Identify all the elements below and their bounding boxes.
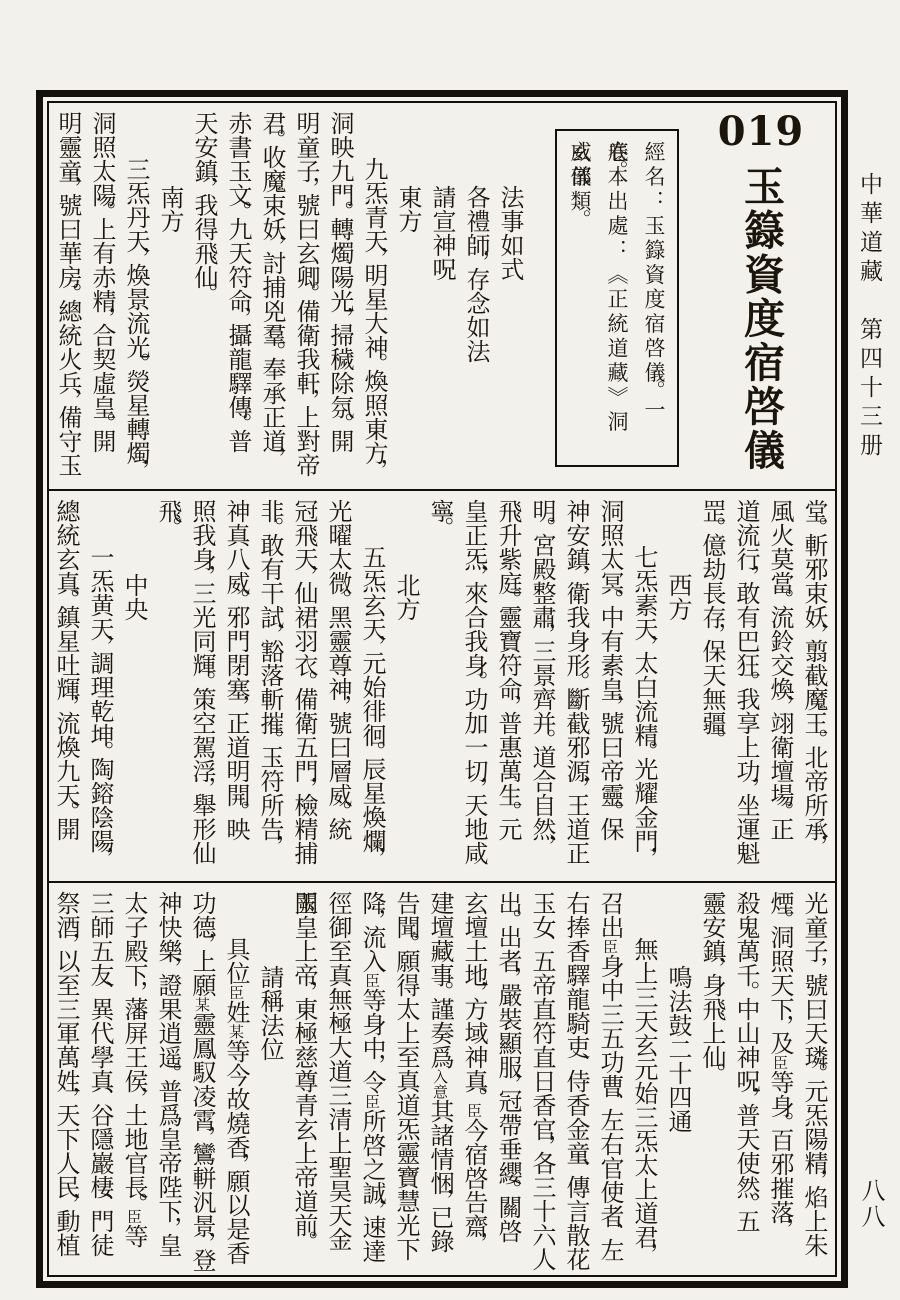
text-column: 請稱法位 bbox=[253, 887, 287, 1273]
text-column: 三師五友、異代學真、谷隱巖棲、門徒 bbox=[83, 887, 117, 1273]
text-column: 洞照太冥。中有素皇，號曰帝靈。保 bbox=[593, 495, 627, 879]
text-column: 三炁丹天，煥景流光。熒星轉燭， bbox=[119, 107, 153, 487]
text-column: 底本出處：《正統道藏》洞玄部 bbox=[598, 139, 635, 457]
text-column: 祭酒，以至三軍萬姓，天下人民，動植 bbox=[49, 887, 83, 1273]
text-column: 請宣神呪 bbox=[425, 107, 459, 487]
colophon-box-area: 經名：玉籙資度宿啓儀。一卷。底本出處：《正統道藏》洞玄部威儀類。 bbox=[527, 107, 679, 487]
volume-label: 中華道藏 第四十三册 bbox=[854, 172, 884, 462]
small-annotation-char: 臣 bbox=[363, 973, 381, 988]
text-column: 五炁玄天，元始徘徊。辰星煥爛， bbox=[355, 495, 389, 879]
text-column: 玄壇土地，方域神真。臣今宿啓告齋， bbox=[457, 887, 491, 1273]
text-column: 法事如式 bbox=[493, 107, 527, 487]
text-column: 太子殿下，藩屏王侯，土地官長。臣等 bbox=[117, 887, 151, 1273]
text-column: 玉皇上帝，東極慈尊青玄上帝道前。 bbox=[287, 887, 321, 1273]
serial-number: 019 bbox=[691, 109, 831, 155]
small-annotation-char: 臣 bbox=[465, 1103, 483, 1118]
text-column: 召出臣身中三五功曹、左右官使者、左 bbox=[593, 887, 627, 1273]
text-column: 神快樂，證果逍遥。普爲皇帝陛下，皇 bbox=[151, 887, 185, 1273]
text-column: 神安鎮，衛我身形。斷截邪源，王道正 bbox=[559, 495, 593, 879]
text-column: 冠飛天，仙裙羽衣。備衛五門，檢精捕 bbox=[287, 495, 321, 879]
text-column: 非。敢有干試，豁落斬摧。玉符所告， bbox=[253, 495, 287, 879]
text-column: 具位臣姓某等今故燒香，願以是香 bbox=[219, 887, 253, 1273]
small-annotation-char: 某 bbox=[227, 1024, 245, 1039]
page-number-label: 八八 bbox=[856, 1178, 886, 1230]
text-column: 告聞。願得太上至真道炁靈寶慧光下 bbox=[389, 887, 423, 1273]
text-column: 明童子，號曰玄卿。備衛我軒，上對帝 bbox=[289, 107, 323, 487]
small-annotation-char: 入意 bbox=[431, 1069, 449, 1099]
text-column: 徑御至真無極大道三清上聖昊天金闕 bbox=[321, 887, 355, 1273]
text-column: 南方 bbox=[153, 107, 187, 487]
text-column: 煙。洞照天下，及臣等身。百邪摧落， bbox=[763, 887, 797, 1273]
small-annotation-char: 臣 bbox=[125, 1209, 143, 1224]
content-frame: 019 玉籙資度宿啓儀 經名：玉籙資度宿啓儀。一卷。底本出處：《正統道藏》洞玄部… bbox=[36, 90, 848, 1288]
text-column: 無上三天玄元始三炁太上道君， bbox=[627, 887, 661, 1273]
text-column: 堂。斬邪束妖，翦截魔王。北帝所承， bbox=[797, 495, 831, 879]
text-column: 中央 bbox=[117, 495, 151, 879]
text-column: 君。收魔束妖，討捕兇羣。奉承正道， bbox=[255, 107, 289, 487]
inner-frame: 019 玉籙資度宿啓儀 經名：玉籙資度宿啓儀。一卷。底本出處：《正統道藏》洞玄部… bbox=[47, 101, 837, 1277]
text-column: 神真八威。邪門閉塞，正道明開。映 bbox=[219, 495, 253, 879]
text-column: 洞照太陽。上有赤精，合契虛皇。開 bbox=[85, 107, 119, 487]
text-column: 出。出者，嚴裝顯服，冠帶垂纓。關啓 bbox=[491, 887, 525, 1273]
text-column: 東方 bbox=[391, 107, 425, 487]
colophon-box: 經名：玉籙資度宿啓儀。一卷。底本出處：《正統道藏》洞玄部威儀類。 bbox=[555, 129, 679, 467]
text-column: 赤書玉文。九天符命，攝龍驛傳。普 bbox=[221, 107, 255, 487]
title-block: 019 玉籙資度宿啓儀 bbox=[691, 107, 831, 487]
text-column: 威儀類。 bbox=[561, 139, 598, 457]
text-column: 光曜太微。黑靈尊神，號曰層威。統 bbox=[321, 495, 355, 879]
section-middle: 堂。斬邪束妖，翦截魔王。北帝所承，風火莫當。流鈴交煥，翊衛壇場。正道流行，敢有巴… bbox=[49, 491, 835, 881]
section-bottom: 光童子，號曰天璘。元炁陽精，焰上朱煙。洞照天下，及臣等身。百邪摧落，殺鬼萬千。中… bbox=[49, 883, 835, 1275]
small-annotation-char: 臣 bbox=[363, 1094, 381, 1109]
text-column: 玉女、五帝直符直日香官，各三十六人 bbox=[525, 887, 559, 1273]
text-column: 西方 bbox=[661, 495, 695, 879]
text-column: 靈安鎮，身飛上仙。 bbox=[695, 887, 729, 1273]
text-column: 降，流入臣等身中，令臣所啓之誠，速達 bbox=[355, 887, 389, 1273]
text-column: 皇正炁，來合我身。功加一切，天地咸 bbox=[457, 495, 491, 879]
text-column: 光童子，號曰天璘。元炁陽精，焰上朱 bbox=[797, 887, 831, 1273]
text-column: 鳴法鼓二十四通 bbox=[661, 887, 695, 1273]
text-column: 寧。 bbox=[423, 495, 457, 879]
scanned-book-page: 中華道藏 第四十三册 八八 019 玉籙資度宿啓儀 經名：玉籙資度宿啓儀。一卷。… bbox=[0, 0, 900, 1300]
small-annotation-char: 臣 bbox=[601, 939, 619, 954]
text-column: 建壇藏事。謹奏爲入意其諸情悃，已錄 bbox=[423, 887, 457, 1273]
text-column: 道流行，敢有巴狂。我享上功，坐運魁 bbox=[729, 495, 763, 879]
text-column: 各禮師，存念如法 bbox=[459, 107, 493, 487]
text-column: 罡。億劫長存，保天無疆。 bbox=[695, 495, 729, 879]
text-column: 飛升紫庭。靈寶符命，普惠萬生。元 bbox=[491, 495, 525, 879]
text-column: 照我身，三光同輝。策空駕浮，舉形仙 bbox=[185, 495, 219, 879]
text-column: 飛。 bbox=[151, 495, 185, 879]
small-annotation-char: 臣 bbox=[771, 1055, 789, 1070]
text-column: 經名：玉籙資度宿啓儀。一卷。 bbox=[635, 139, 672, 457]
text-column: 明。宮殿整肅，三景齊并。道合自然， bbox=[525, 495, 559, 879]
text-column: 一炁黄天，調理乾坤。陶鎔陰陽， bbox=[83, 495, 117, 879]
text-column: 北方 bbox=[389, 495, 423, 879]
text-column: 總統玄真。鎮星吐輝，流煥九天。開 bbox=[49, 495, 83, 879]
small-annotation-char: 臣 bbox=[227, 985, 245, 1000]
text-column: 風火莫當。流鈴交煥，翊衛壇場。正 bbox=[763, 495, 797, 879]
small-annotation-char: 某 bbox=[193, 997, 211, 1012]
text-column: 殺鬼萬千。中山神呪，普天使然。五 bbox=[729, 887, 763, 1273]
text-column: 九炁青天，明星大神。煥照東方， bbox=[357, 107, 391, 487]
text-column: 明靈童，號曰華房。總統火兵，備守玉 bbox=[51, 107, 85, 487]
text-column: 洞映九門。轉燭陽光，掃穢除氛。開 bbox=[323, 107, 357, 487]
text-column: 右捧香驛龍騎吏、侍香金童、傳言散花 bbox=[559, 887, 593, 1273]
text-column: 七炁素天，太白流精。光耀金門， bbox=[627, 495, 661, 879]
text-column: 天安鎮，我得飛仙。 bbox=[187, 107, 221, 487]
text-column: 功德，上願某靈鳳馭凌霄，鸞軿汎景，登 bbox=[185, 887, 219, 1273]
section-top: 019 玉籙資度宿啓儀 經名：玉籙資度宿啓儀。一卷。底本出處：《正統道藏》洞玄部… bbox=[49, 103, 835, 489]
work-title: 玉籙資度宿啓儀 bbox=[737, 165, 785, 473]
